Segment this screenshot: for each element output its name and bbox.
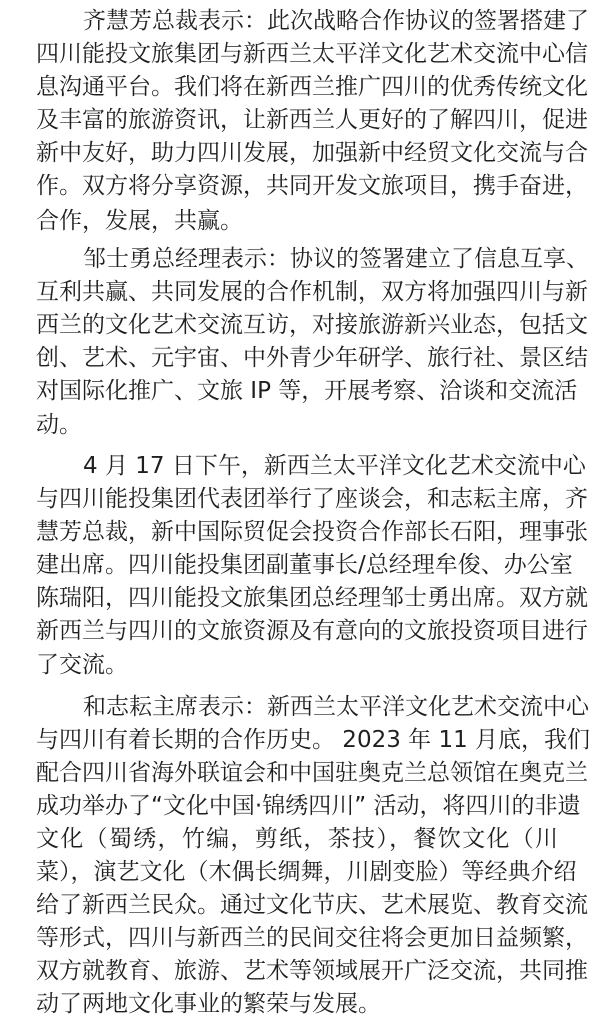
text-line: 配合四川省海外联谊会和中国驻奥克兰总领馆在奥克兰 bbox=[36, 757, 558, 790]
text-line: 和志耘主席表示：新西兰太平洋文化艺术交流中心 bbox=[83, 691, 558, 724]
text-line: 陈瑞阳，四川能投文旅集团总经理邹士勇出席。双方就 bbox=[36, 582, 558, 615]
text-line: 息沟通平台。我们将在新西兰推广四川的优秀传统文化 bbox=[36, 71, 558, 104]
text-line: 合作，发展，共赢。 bbox=[36, 205, 558, 238]
text-line: 了交流。 bbox=[36, 649, 558, 682]
text-line: 新西兰与四川的文旅资源及有意向的文旅投资项目进行 bbox=[36, 615, 558, 648]
text-line: 与四川能投集团代表团举行了座谈会，和志耘主席，齐 bbox=[36, 483, 558, 516]
text-line: 新中友好，助力四川发展，加强新中经贸文化交流与合 bbox=[36, 137, 558, 170]
text-line: 创、艺术、元宇宙、中外青少年研学、旅行社、景区结 bbox=[36, 342, 558, 375]
text-line: 及丰富的旅游资讯，让新西兰人更好的了解四川，促进 bbox=[36, 104, 558, 137]
text-line: 成功举办了“文化中国·锦绣四川” 活动，将四川的非遗 bbox=[36, 790, 558, 823]
text-line: 等形式，四川与新西兰的民间交往将会更加日益频繁， bbox=[36, 922, 558, 955]
text-line: 与四川有着长期的合作历史。 2023 年 11 月底，我们 bbox=[36, 724, 558, 757]
text-line: 四川能投文旅集团与新西兰太平洋文化艺术交流中心信 bbox=[36, 38, 558, 71]
text-line: 建出席。四川能投集团副董事长/总经理牟俊、办公室 bbox=[36, 549, 558, 582]
text-line: 动。 bbox=[36, 409, 558, 442]
text-line: 菜），演艺文化（木偶长绸舞，川剧变脸）等经典介绍 bbox=[36, 856, 558, 889]
text-line: 作。双方将分享资源，共同开发文旅项目，携手奋进， bbox=[36, 170, 558, 203]
text-line: 给了新西兰民众。通过文化节庆、艺术展览、教育交流 bbox=[36, 889, 558, 922]
text-line: 文化（蜀绣，竹编，剪纸，茶技），餐饮文化（川 bbox=[36, 823, 558, 856]
text-line: 对国际化推广、文旅 IP 等，开展考察、洽谈和交流活 bbox=[36, 375, 558, 408]
text-line: 互利共赢、共同发展的合作机制，双方将加强四川与新 bbox=[36, 276, 558, 309]
text-line: 动了两地文化事业的繁荣与发展。 bbox=[36, 988, 558, 1021]
text-line: 齐慧芳总裁表示：此次战略合作协议的签署搭建了 bbox=[83, 5, 558, 38]
text-line: 双方就教育、旅游、艺术等领域展开广泛交流，共同推 bbox=[36, 955, 558, 988]
text-line: 慧芳总裁，新中国际贸促会投资合作部长石阳，理事张 bbox=[36, 516, 558, 549]
text-line: 邹士勇总经理表示：协议的签署建立了信息互享、 bbox=[83, 243, 558, 276]
text-line: 4 月 17 日下午，新西兰太平洋文化艺术交流中心 bbox=[83, 450, 558, 483]
text-line: 西兰的文化艺术交流互访，对接旅游新兴业态，包括文 bbox=[36, 309, 558, 342]
